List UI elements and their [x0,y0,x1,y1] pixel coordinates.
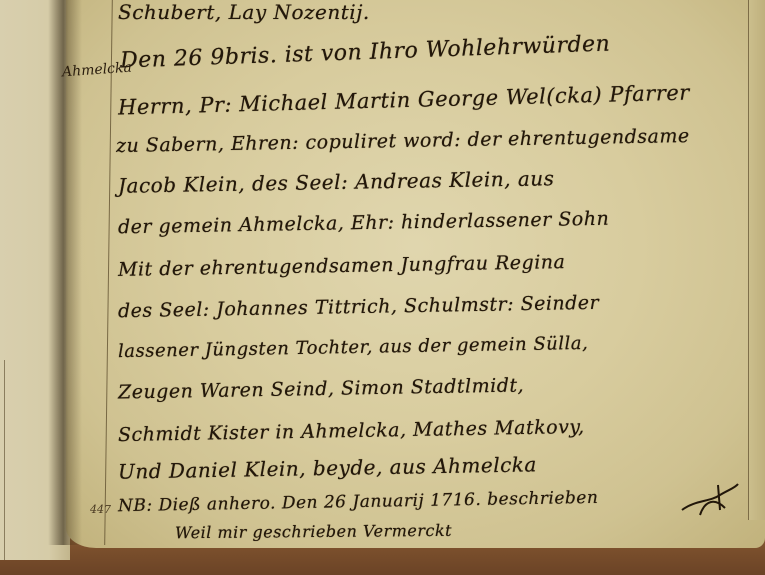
left-page-rule [4,360,5,560]
right-margin-strip [749,0,765,520]
book-gutter-shadow [48,0,82,545]
text-line-1: Schubert, Lay Nozentij. [118,0,370,24]
register-photo: Ahmelcka 447 Schubert, Lay Nozentij. Den… [0,0,765,575]
text-line-14: Weil mir geschrieben Vermerckt [175,521,452,542]
signature-flourish-icon [680,480,740,520]
folio-number: 447 [90,503,111,516]
